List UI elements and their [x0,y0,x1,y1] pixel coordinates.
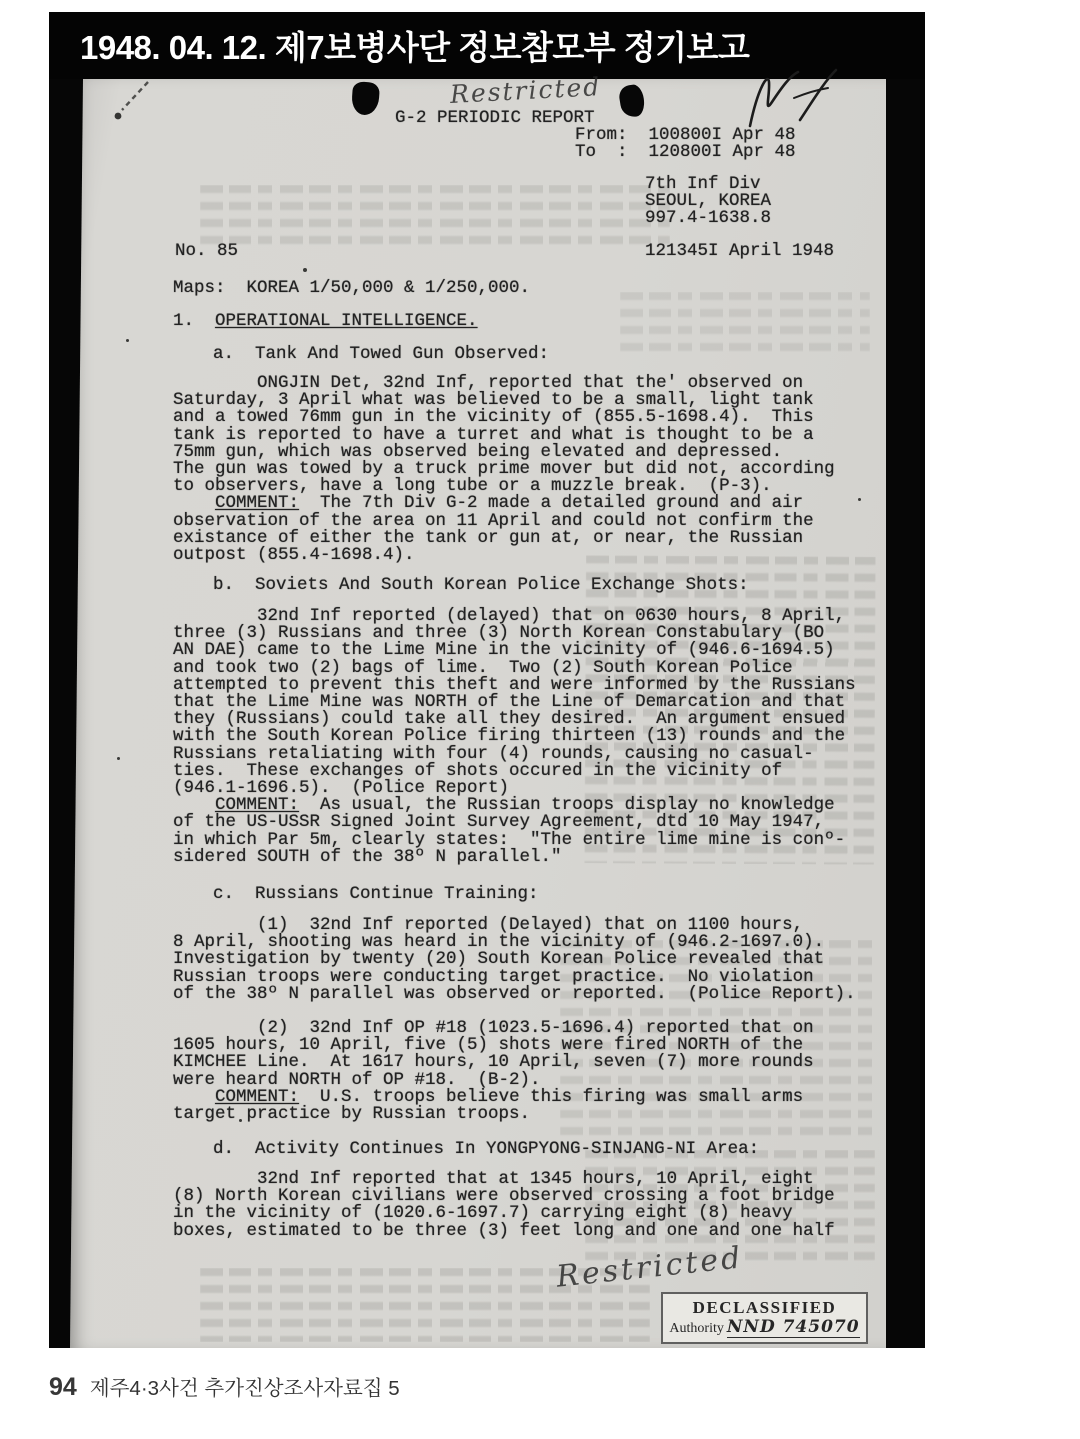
section-1-heading: 1. OPERATIONAL INTELLIGENCE. [173,313,478,330]
book-footer: 94 제주4·3사건 추가진상조사자료집 5 [49,1371,400,1402]
paper-speck [126,339,129,342]
item-c1-paragraph: (1) 32nd Inf reported (Delayed) that on … [173,917,856,1003]
item-c2-paragraph: (2) 32nd Inf OP #18 (1023.5-1696.4) repo… [173,1020,814,1123]
authority-number-handwritten: NND 745070 [727,1317,860,1338]
declassified-stamp: DECLASSIFIED Authority NND 745070 [661,1292,868,1344]
book-page: 1948. 04. 12. 제7보병사단 정보참모부 정기보고 Restrict… [0,0,1080,1439]
item-c-heading: c. Russians Continue Training: [213,886,539,903]
item-d-heading: d. Activity Continues In YONGPYONG-SINJA… [213,1141,759,1158]
report-period: From: 100800I Apr 48To : 120800I Apr 48 [575,127,796,161]
declassified-stamp-authority: Authority NND 745070 [669,1317,859,1339]
declassified-stamp-title: DECLASSIFIED [693,1298,837,1317]
report-number-date: No. 85121345I April 1948 [175,243,875,260]
maps-line: Maps: KOREA 1/50,000 & 1/250,000. [173,280,530,297]
authority-label: Authority [669,1319,723,1339]
item-b-paragraph: 32nd Inf reported (delayed) that on 0630… [173,608,856,866]
pencil-dash-mark [108,76,160,124]
item-d-paragraph: 32nd Inf reported that at 1345 hours, 10… [173,1171,835,1240]
item-a-paragraph: ONGJIN Det, 32nd Inf, reported that the'… [173,375,835,564]
item-b-heading: b. Soviets And South Korean Police Excha… [213,577,749,594]
item-a-heading: a. Tank And Towed Gun Observed: [213,346,549,363]
report-unit: 7th Inf DivSEOUL, KOREA997.4-1638.8 [645,176,771,228]
report-title: G-2 PERIODIC REPORT [395,110,595,127]
book-title-caption: 제주4·3사건 추가진상조사자료집 5 [90,1371,400,1401]
paper-speck [117,757,120,760]
page-number: 94 [49,1373,77,1402]
document-body: G-2 PERIODIC REPORTFrom: 100800I Apr 48T… [173,0,933,1439]
